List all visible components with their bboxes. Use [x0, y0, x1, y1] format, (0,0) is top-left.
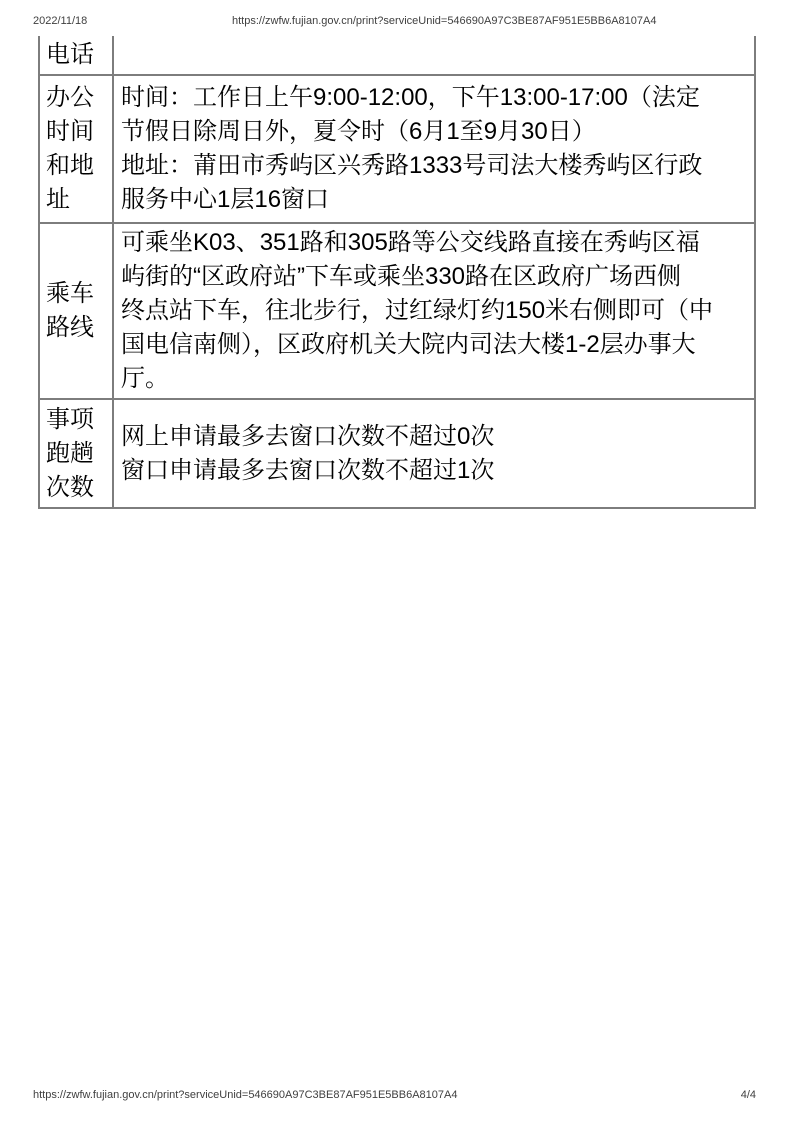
table-row-phone: 电话 — [39, 36, 755, 75]
table-row-visit-count: 事项跑趟次数 网上申请最多去窗口次数不超过0次 窗口申请最多去窗口次数不超过1次 — [39, 399, 755, 508]
print-header-date: 2022/11/18 — [33, 15, 87, 27]
table-row-bus-route: 乘车路线 可乘坐K03、351路和305路等公交线路直接在秀屿区福 屿街的“区政… — [39, 223, 755, 399]
service-info-table-body: 电话 办公时间和地址 时间：工作日上午9:00-12:00，下午13:00-17… — [39, 36, 755, 508]
print-footer-url: https://zwfw.fujian.gov.cn/print?service… — [33, 1089, 457, 1101]
table-row-office-hours-address: 办公时间和地址 时间：工作日上午9:00-12:00，下午13:00-17:00… — [39, 75, 755, 223]
print-footer-page-number: 4/4 — [741, 1089, 756, 1101]
phone-value — [113, 36, 755, 75]
bus-route-label: 乘车路线 — [39, 223, 113, 399]
print-header-url: https://zwfw.fujian.gov.cn/print?service… — [232, 15, 656, 27]
office-hours-address-value: 时间：工作日上午9:00-12:00，下午13:00-17:00（法定 节假日除… — [113, 75, 755, 223]
visit-count-label: 事项跑趟次数 — [39, 399, 113, 508]
phone-label: 电话 — [39, 36, 113, 75]
service-info-table: 电话 办公时间和地址 时间：工作日上午9:00-12:00，下午13:00-17… — [38, 36, 756, 509]
bus-route-value: 可乘坐K03、351路和305路等公交线路直接在秀屿区福 屿街的“区政府站”下车… — [113, 223, 755, 399]
office-hours-address-label: 办公时间和地址 — [39, 75, 113, 223]
visit-count-value: 网上申请最多去窗口次数不超过0次 窗口申请最多去窗口次数不超过1次 — [113, 399, 755, 508]
